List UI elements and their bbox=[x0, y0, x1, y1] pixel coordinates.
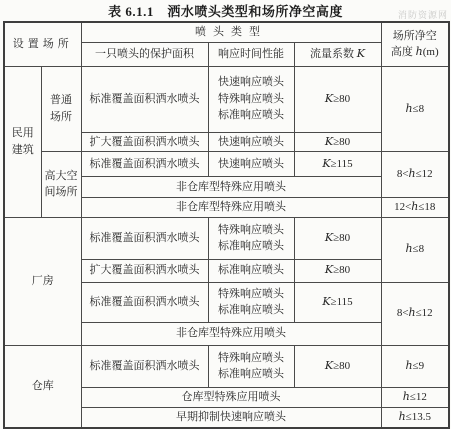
special-application-cell: 非仓库型特殊应用喷头 bbox=[81, 322, 381, 345]
document-page: 表 6.1.1 洒水喷头类型和场所净空高度 消防资源网 设置场所 喷头类型 场所… bbox=[0, 0, 451, 429]
clearance-cell: 8<h≤12 bbox=[381, 282, 449, 345]
clearance-line2: 高度 h(m) bbox=[382, 44, 449, 61]
section-ordinary-place: 普通 场所 bbox=[41, 66, 81, 152]
sprinkler-table: 设置场所 喷头类型 场所净空高度 h(m) 一只喷头的保护面积 响应时间性能 流… bbox=[3, 21, 450, 429]
page-title: 表 6.1.1 洒水喷头类型和场所净空高度 bbox=[0, 1, 451, 20]
clearance-line1: 场所净空 bbox=[382, 28, 449, 45]
area-cell: 标准覆盖面积洒水喷头 bbox=[81, 282, 208, 322]
clearance-cell: h≤8 bbox=[381, 66, 449, 152]
header-setting-place: 设置场所 bbox=[4, 22, 81, 66]
response-cell: 快速响应喷头 bbox=[208, 152, 294, 177]
clearance-cell: 12<h≤18 bbox=[381, 198, 449, 218]
section-civil-building: 民用 建筑 bbox=[4, 66, 41, 217]
response-cell: 快速响应喷头 特殊响应喷头 标准响应喷头 bbox=[208, 66, 294, 132]
flow-k-cell: K≥80 bbox=[294, 132, 381, 152]
response-cell: 特殊响应喷头 标准响应喷头 bbox=[208, 345, 294, 387]
watermark: 消防资源网 bbox=[398, 8, 448, 21]
special-application-cell: 仓库型特殊应用喷头 bbox=[81, 387, 381, 407]
section-tall-space: 高大空 间场所 bbox=[41, 152, 81, 218]
special-application-cell: 早期抑制快速响应喷头 bbox=[81, 407, 381, 428]
header-clearance-height: 场所净空高度 h(m) bbox=[381, 22, 449, 66]
flow-k-cell: K≥80 bbox=[294, 217, 381, 259]
header-sprinkler-type: 喷头类型 bbox=[81, 22, 381, 42]
section-factory: 厂房 bbox=[4, 217, 81, 345]
area-cell: 标准覆盖面积洒水喷头 bbox=[81, 345, 208, 387]
header-flow-coefficient: 流量系数 K bbox=[294, 42, 381, 66]
flow-k-cell: K≥115 bbox=[294, 282, 381, 322]
special-application-cell: 非仓库型特殊应用喷头 bbox=[81, 177, 381, 198]
flow-k-cell: K≥80 bbox=[294, 259, 381, 282]
area-cell: 扩大覆盖面积洒水喷头 bbox=[81, 132, 208, 152]
area-cell: 扩大覆盖面积洒水喷头 bbox=[81, 259, 208, 282]
clearance-cell: h≤9 bbox=[381, 345, 449, 387]
clearance-cell: h≤8 bbox=[381, 217, 449, 282]
response-cell: 快速响应喷头 bbox=[208, 132, 294, 152]
area-cell: 标准覆盖面积洒水喷头 bbox=[81, 217, 208, 259]
clearance-cell: h≤12 bbox=[381, 387, 449, 407]
flow-k-cell: K≥80 bbox=[294, 66, 381, 132]
response-cell: 特殊响应喷头 标准响应喷头 bbox=[208, 217, 294, 259]
clearance-cell: 8<h≤12 bbox=[381, 152, 449, 198]
response-cell: 标准响应喷头 bbox=[208, 259, 294, 282]
header-protection-area: 一只喷头的保护面积 bbox=[81, 42, 208, 66]
section-warehouse: 仓库 bbox=[4, 345, 81, 428]
response-cell: 特殊响应喷头 标准响应喷头 bbox=[208, 282, 294, 322]
clearance-cell: h≤13.5 bbox=[381, 407, 449, 428]
area-cell: 标准覆盖面积洒水喷头 bbox=[81, 152, 208, 177]
area-cell: 标准覆盖面积洒水喷头 bbox=[81, 66, 208, 132]
header-response-performance: 响应时间性能 bbox=[208, 42, 294, 66]
flow-k-cell: K≥115 bbox=[294, 152, 381, 177]
flow-k-cell: K≥80 bbox=[294, 345, 381, 387]
special-application-cell: 非仓库型特殊应用喷头 bbox=[81, 198, 381, 218]
